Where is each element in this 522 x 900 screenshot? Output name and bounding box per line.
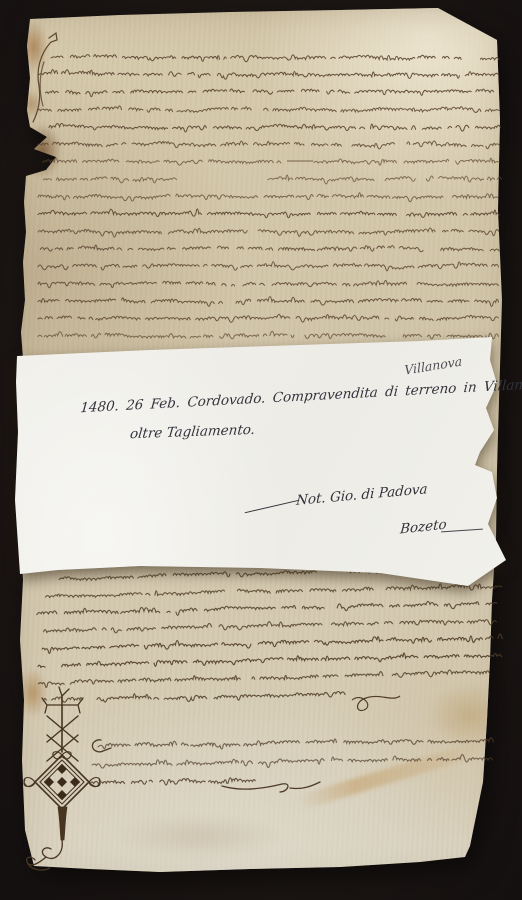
- archival-slip: [0, 0, 522, 900]
- archival-slip-wrap: [0, 0, 522, 900]
- photo-backdrop: Villanova 1480. 26 Feb. Cordovado. Compr…: [0, 0, 522, 900]
